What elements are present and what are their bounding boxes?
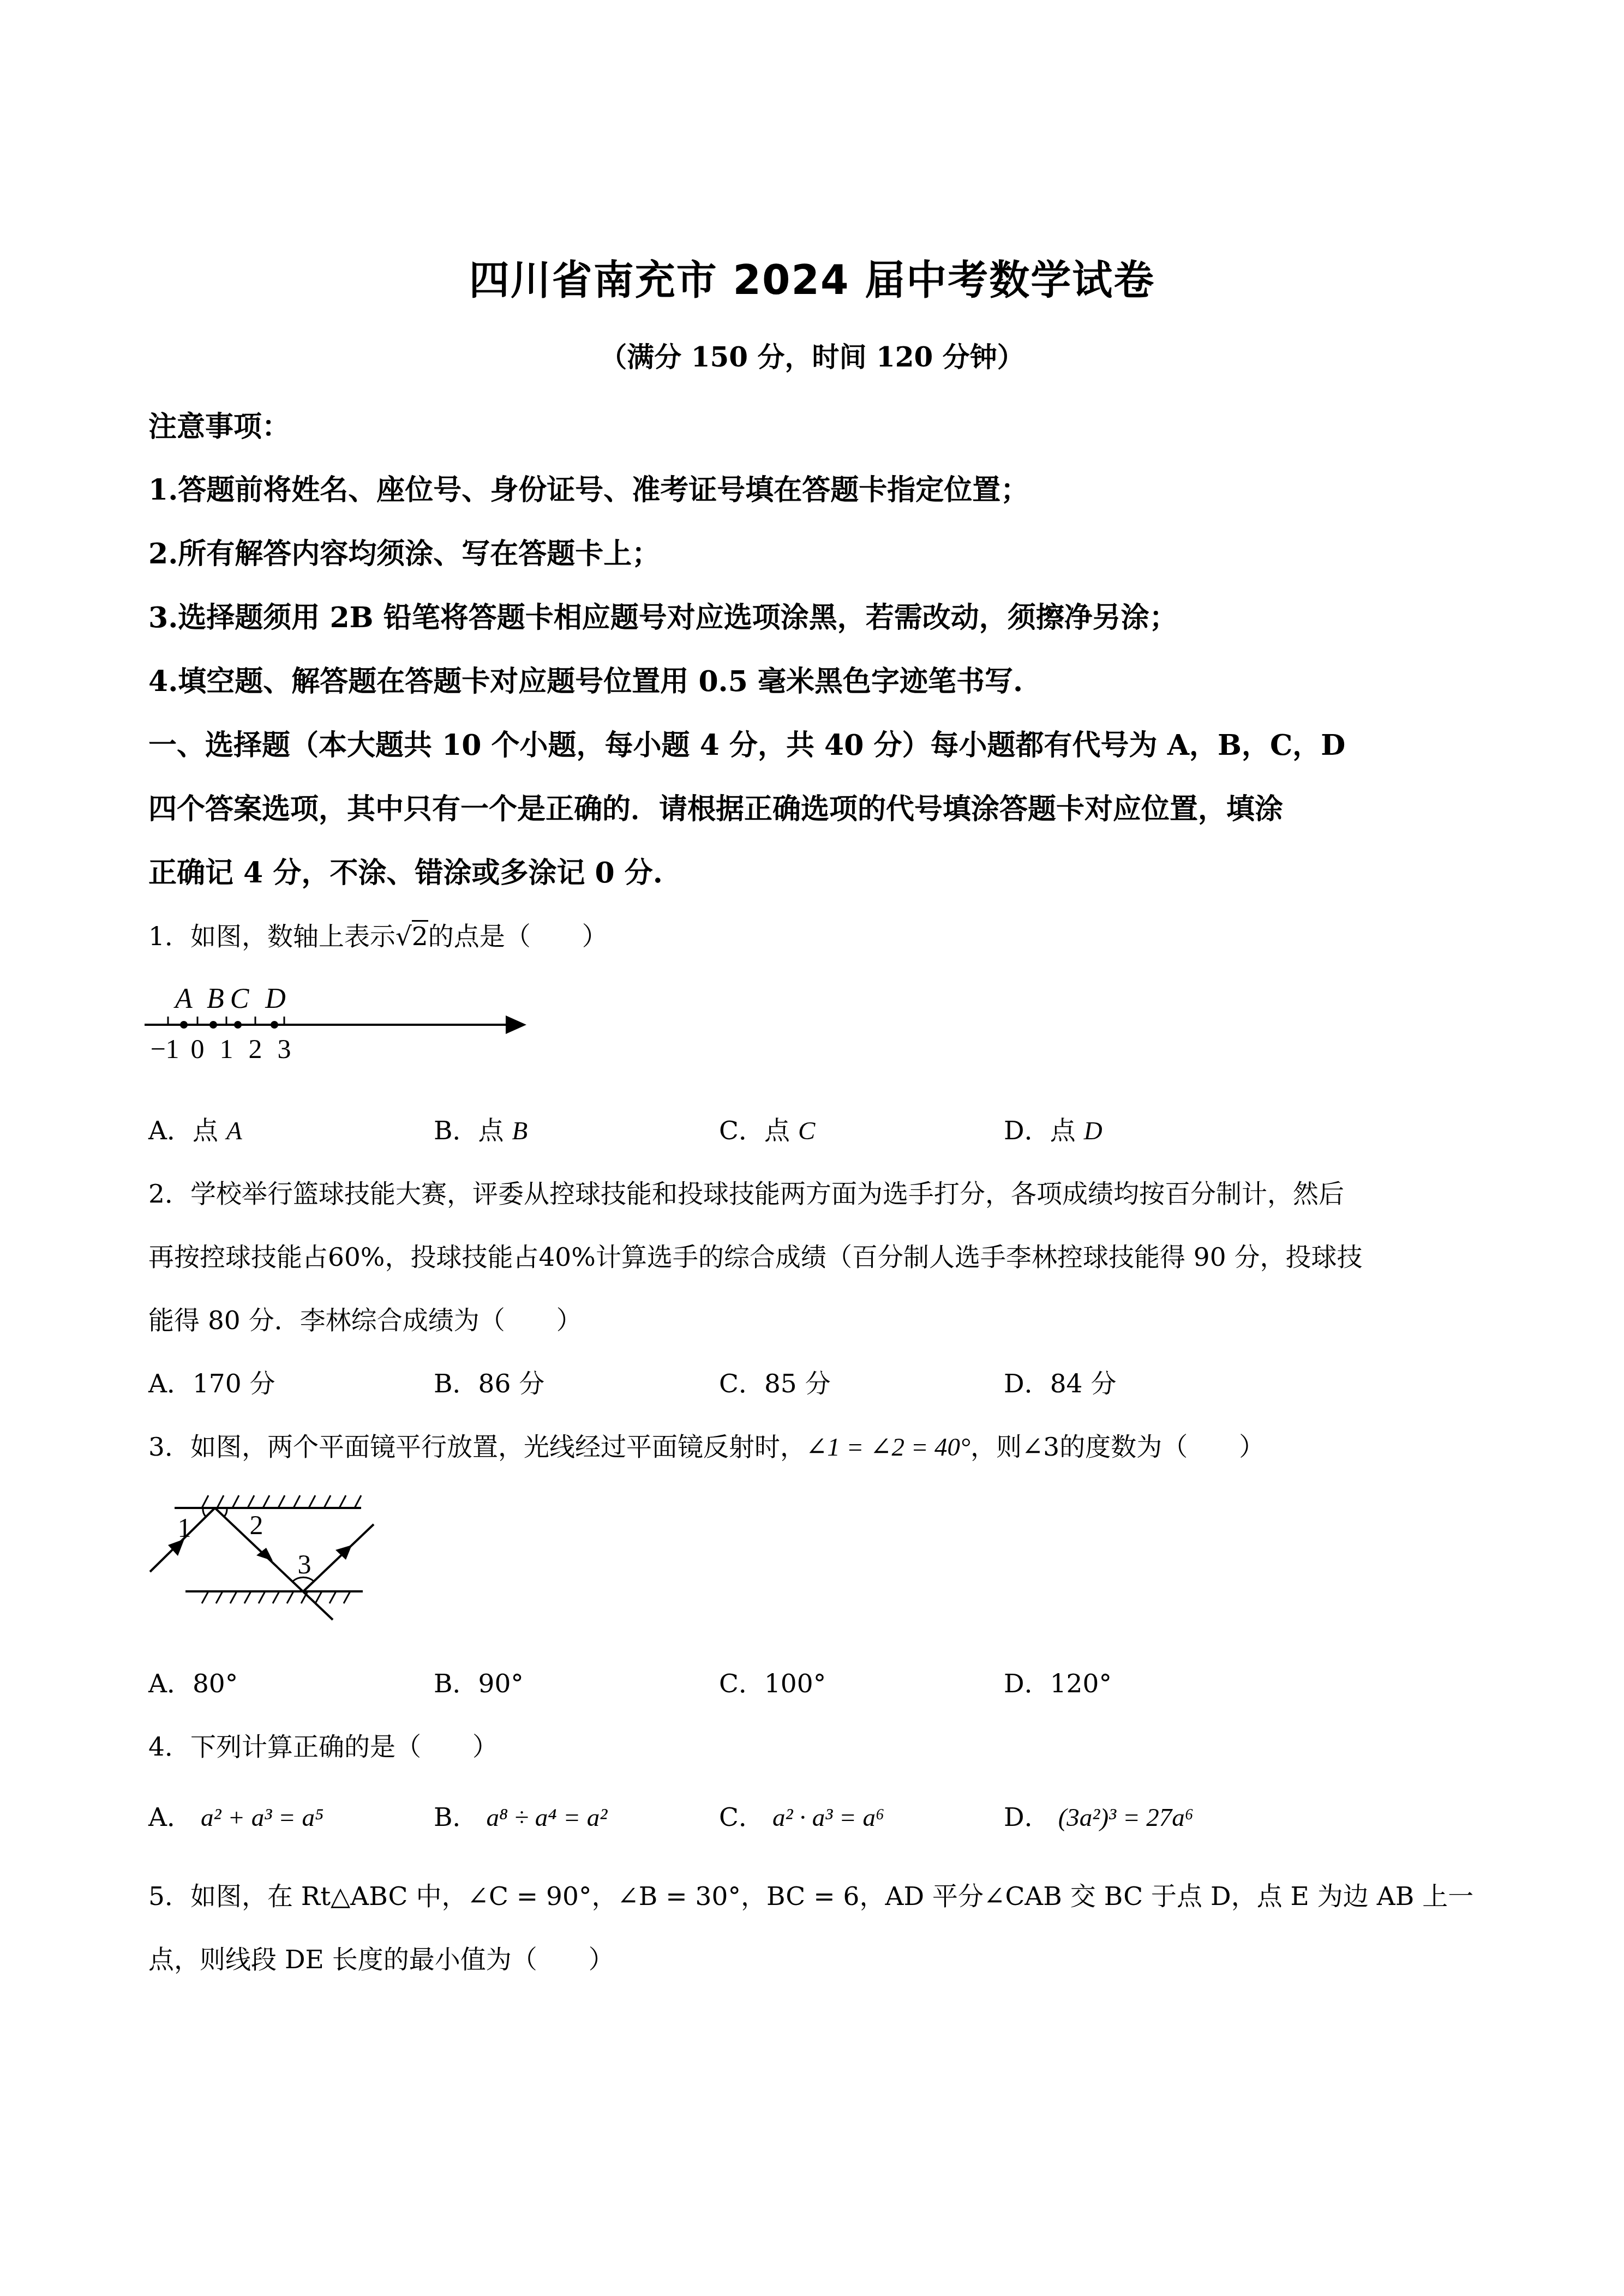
section-instructions: 四个答案选项，其中只有一个是正确的．请根据正确选项的代号填涂答题卡对应位置，填涂 bbox=[148, 786, 1283, 827]
svg-text:2: 2 bbox=[249, 1033, 262, 1064]
svg-text:1: 1 bbox=[178, 1512, 191, 1543]
math-expression: a⁸ ÷ a⁴ = a² bbox=[487, 1804, 608, 1832]
exam-page: 四川省南充市 2024 届中考数学试卷 （满分 150 分，时间 120 分钟）… bbox=[0, 0, 1624, 2296]
option-a: A．170 分 bbox=[148, 1363, 275, 1400]
question-number: 5． bbox=[148, 1882, 190, 1912]
math-expression: (3a²)³ = 27a⁶ bbox=[1058, 1804, 1194, 1832]
notice-item: 1.答题前将姓名、座位号、身份证号、准考证号填在答题卡指定位置； bbox=[148, 467, 1029, 508]
svg-text:C: C bbox=[230, 983, 250, 1014]
svg-text:3: 3 bbox=[298, 1549, 311, 1579]
notice-item: 4.填空题、解答题在答题卡对应题号位置用 0.5 毫米黑色字迹笔书写. bbox=[148, 658, 1023, 699]
option-d: D． (3a²)³ = 27a⁶ bbox=[1004, 1797, 1194, 1834]
angle-expression: ∠1 = ∠2 = 40° bbox=[806, 1433, 970, 1462]
svg-text:0: 0 bbox=[191, 1033, 205, 1064]
question-5-stem: 5．如图，在 Rt△ABC 中，∠C = 90°，∠B = 30°，BC = 6… bbox=[148, 1876, 1473, 1913]
math-expression: a² · a³ = a⁶ bbox=[772, 1804, 885, 1832]
sqrt-expression: √2 bbox=[395, 922, 428, 952]
option-c: C．点 C bbox=[719, 1110, 815, 1147]
question-3-stem: 3．如图，两个平面镜平行放置，光线经过平面镜反射时，∠1 = ∠2 = 40°，… bbox=[148, 1427, 1265, 1463]
page-title: 四川省南充市 2024 届中考数学试卷 bbox=[0, 248, 1624, 306]
svg-text:−1: −1 bbox=[150, 1033, 179, 1064]
svg-text:D: D bbox=[265, 983, 286, 1014]
question-number: 4． bbox=[148, 1732, 190, 1762]
option-b: B．86 分 bbox=[434, 1363, 544, 1400]
notice-item: 2.所有解答内容均须涂、写在答题卡上； bbox=[148, 531, 660, 572]
option-a: A．80° bbox=[148, 1663, 238, 1700]
question-2-stem: 能得 80 分．李林综合成绩为（ ） bbox=[148, 1300, 582, 1337]
option-c: C．100° bbox=[719, 1663, 826, 1700]
exam-info: （满分 150 分，时间 120 分钟） bbox=[0, 335, 1624, 375]
svg-text:B: B bbox=[207, 983, 224, 1014]
option-b: B．90° bbox=[434, 1663, 524, 1700]
option-a: A． a² + a³ = a⁵ bbox=[148, 1797, 323, 1834]
svg-text:A: A bbox=[173, 983, 193, 1014]
question-5-stem: 点，则线段 DE 长度的最小值为（ ） bbox=[148, 1939, 614, 1976]
svg-text:2: 2 bbox=[250, 1510, 263, 1540]
option-b: B． a⁸ ÷ a⁴ = a² bbox=[434, 1797, 607, 1834]
option-d: D．120° bbox=[1004, 1663, 1112, 1700]
svg-text:3: 3 bbox=[278, 1033, 291, 1064]
math-expression: a² + a³ = a⁵ bbox=[201, 1804, 323, 1832]
notice-item: 3.选择题须用 2B 铅笔将答题卡相应题号对应选项涂黑，若需改动，须擦净另涂； bbox=[148, 594, 1178, 635]
option-a: A．点 A bbox=[148, 1110, 242, 1147]
option-c: C． a² · a³ = a⁶ bbox=[719, 1797, 884, 1834]
section-instructions: 一、选择题（本大题共 10 个小题，每小题 4 分，共 40 分）每小题都有代号… bbox=[148, 722, 1345, 763]
question-2-stem: 2．学校举行篮球技能大赛，评委从控球技能和投球技能两方面为选手打分，各项成绩均按… bbox=[148, 1174, 1344, 1210]
question-number: 2． bbox=[148, 1179, 190, 1209]
question-2-stem: 再按控球技能占60%，投球技能占40%计算选手的综合成绩（百分制人选手李林控球技… bbox=[148, 1237, 1363, 1273]
notice-heading: 注意事项： bbox=[148, 404, 290, 444]
question-number: 1． bbox=[148, 922, 190, 952]
parallel-mirrors-figure: 1 2 3 bbox=[147, 1489, 420, 1631]
number-line-figure: A B C D −1 0 1 2 3 bbox=[145, 976, 537, 1080]
option-b: B．点 B bbox=[434, 1110, 528, 1147]
question-4-stem: 4．下列计算正确的是（ ） bbox=[148, 1727, 498, 1763]
option-d: D．84 分 bbox=[1004, 1363, 1116, 1400]
option-c: C．85 分 bbox=[719, 1363, 831, 1400]
question-number: 3． bbox=[148, 1432, 190, 1462]
svg-text:1: 1 bbox=[220, 1033, 233, 1064]
question-1-stem: 1．如图，数轴上表示√2的点是（ ） bbox=[148, 916, 608, 953]
option-d: D．点 D bbox=[1004, 1110, 1102, 1147]
section-instructions: 正确记 4 分，不涂、错涂或多涂记 0 分. bbox=[148, 850, 663, 891]
